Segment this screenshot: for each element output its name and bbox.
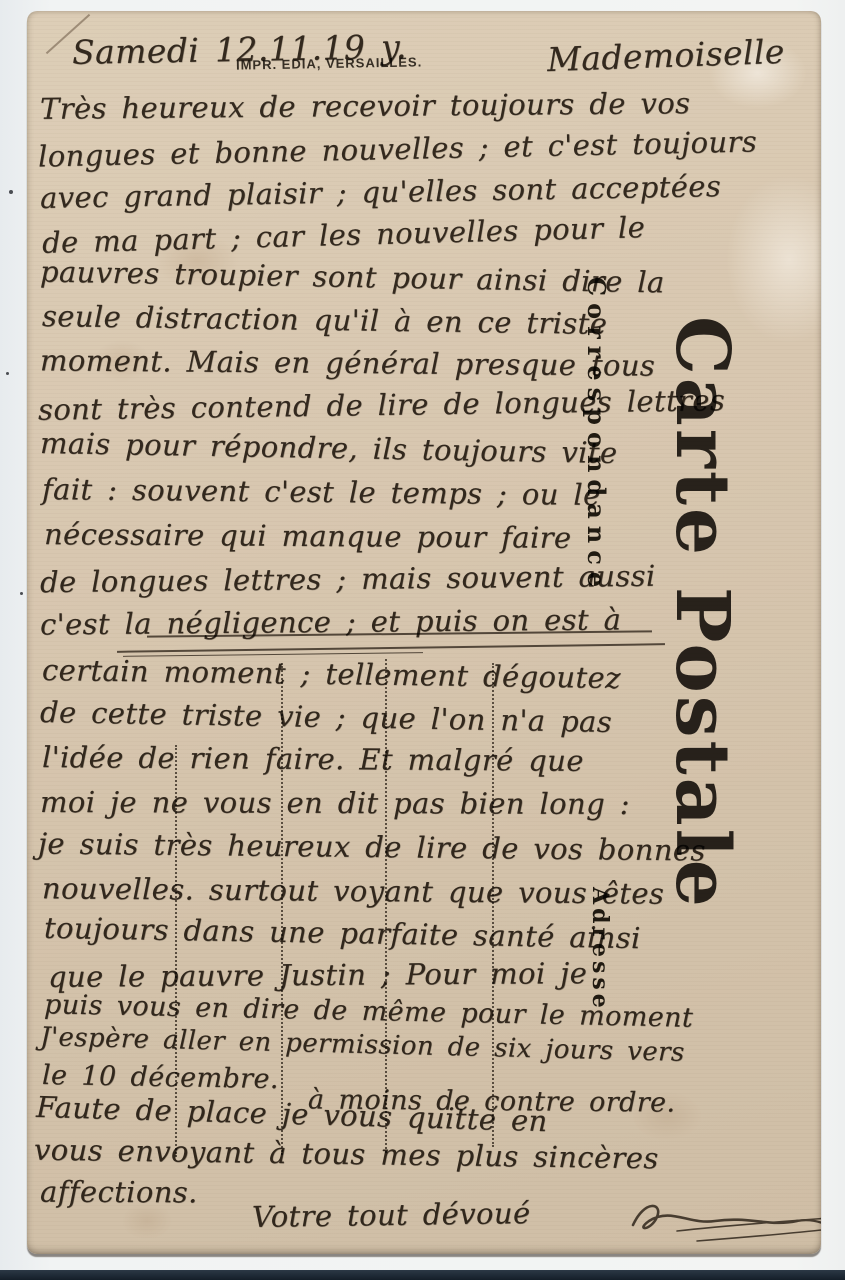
message-line: nécessaire qui manque pour faire [44,520,572,553]
message-line: fait : souvent c'est le temps ; ou le [42,475,601,510]
message-line: vous envoyant à tous mes plus sincères [34,1136,659,1174]
message-line: longues et bonne nouvelles ; et c'est to… [38,127,758,171]
message-line: avec grand plaisir ; qu'elles sont accep… [40,172,722,213]
message-line: que le pauvre Justin ; Pour moi je [48,959,587,992]
message-line: de longues lettres ; mais souvent aussi [40,562,656,597]
message-line: l'idée de rien faire. Et malgré que [42,743,584,776]
message-line: moment. Mais en général presque tous [40,346,655,380]
message-line: certain moment ; tellement dégoutez [42,656,621,693]
address-rule-2 [281,663,283,1155]
dust-speck [6,372,9,375]
postcard: IMPR. EDIA, VERSAILLES. Carte Postale Co… [27,11,821,1254]
dust-speck [9,190,13,194]
message-line: de ma part ; car les nouvelles pour le [42,213,646,258]
message-line: affections. [40,1178,198,1208]
message-line: mais pour répondre, ils toujours vite [40,429,618,468]
closing-line: Votre tout dévoué [252,1199,531,1232]
message-line: pauvres troupier sont pour ainsi dire la [40,258,665,298]
message-line: le 10 décembre. [42,1062,279,1093]
message-line: de cette triste vie ; que l'on n'a pas [40,698,613,737]
message-line: Très heureux de recevoir toujours de vos [40,89,691,124]
signature-flourish [619,1191,821,1253]
underline-stroke [117,643,665,653]
postcard-scan: { "postcard": { "date_line": "Samedi 12.… [0,0,845,1280]
message-line: moi je ne vous en dit pas bien long : [40,788,630,819]
message-line: je suis très heureux de lire de vos bonn… [38,830,706,866]
message-line: nouvelles. surtout voyant que vous êtes [42,874,664,908]
message-line: toujours dans une parfaite santé ainsi [44,914,641,953]
scanner-edge-bar [0,1270,845,1280]
date-line: Samedi 12.11.19 y. [72,30,407,69]
message-line: sont très contend de lire de longues let… [38,386,726,425]
dust-speck [20,592,23,595]
message-line: seule distraction qu'il à en ce triste [42,302,608,339]
salutation: Mademoiselle [546,35,785,76]
